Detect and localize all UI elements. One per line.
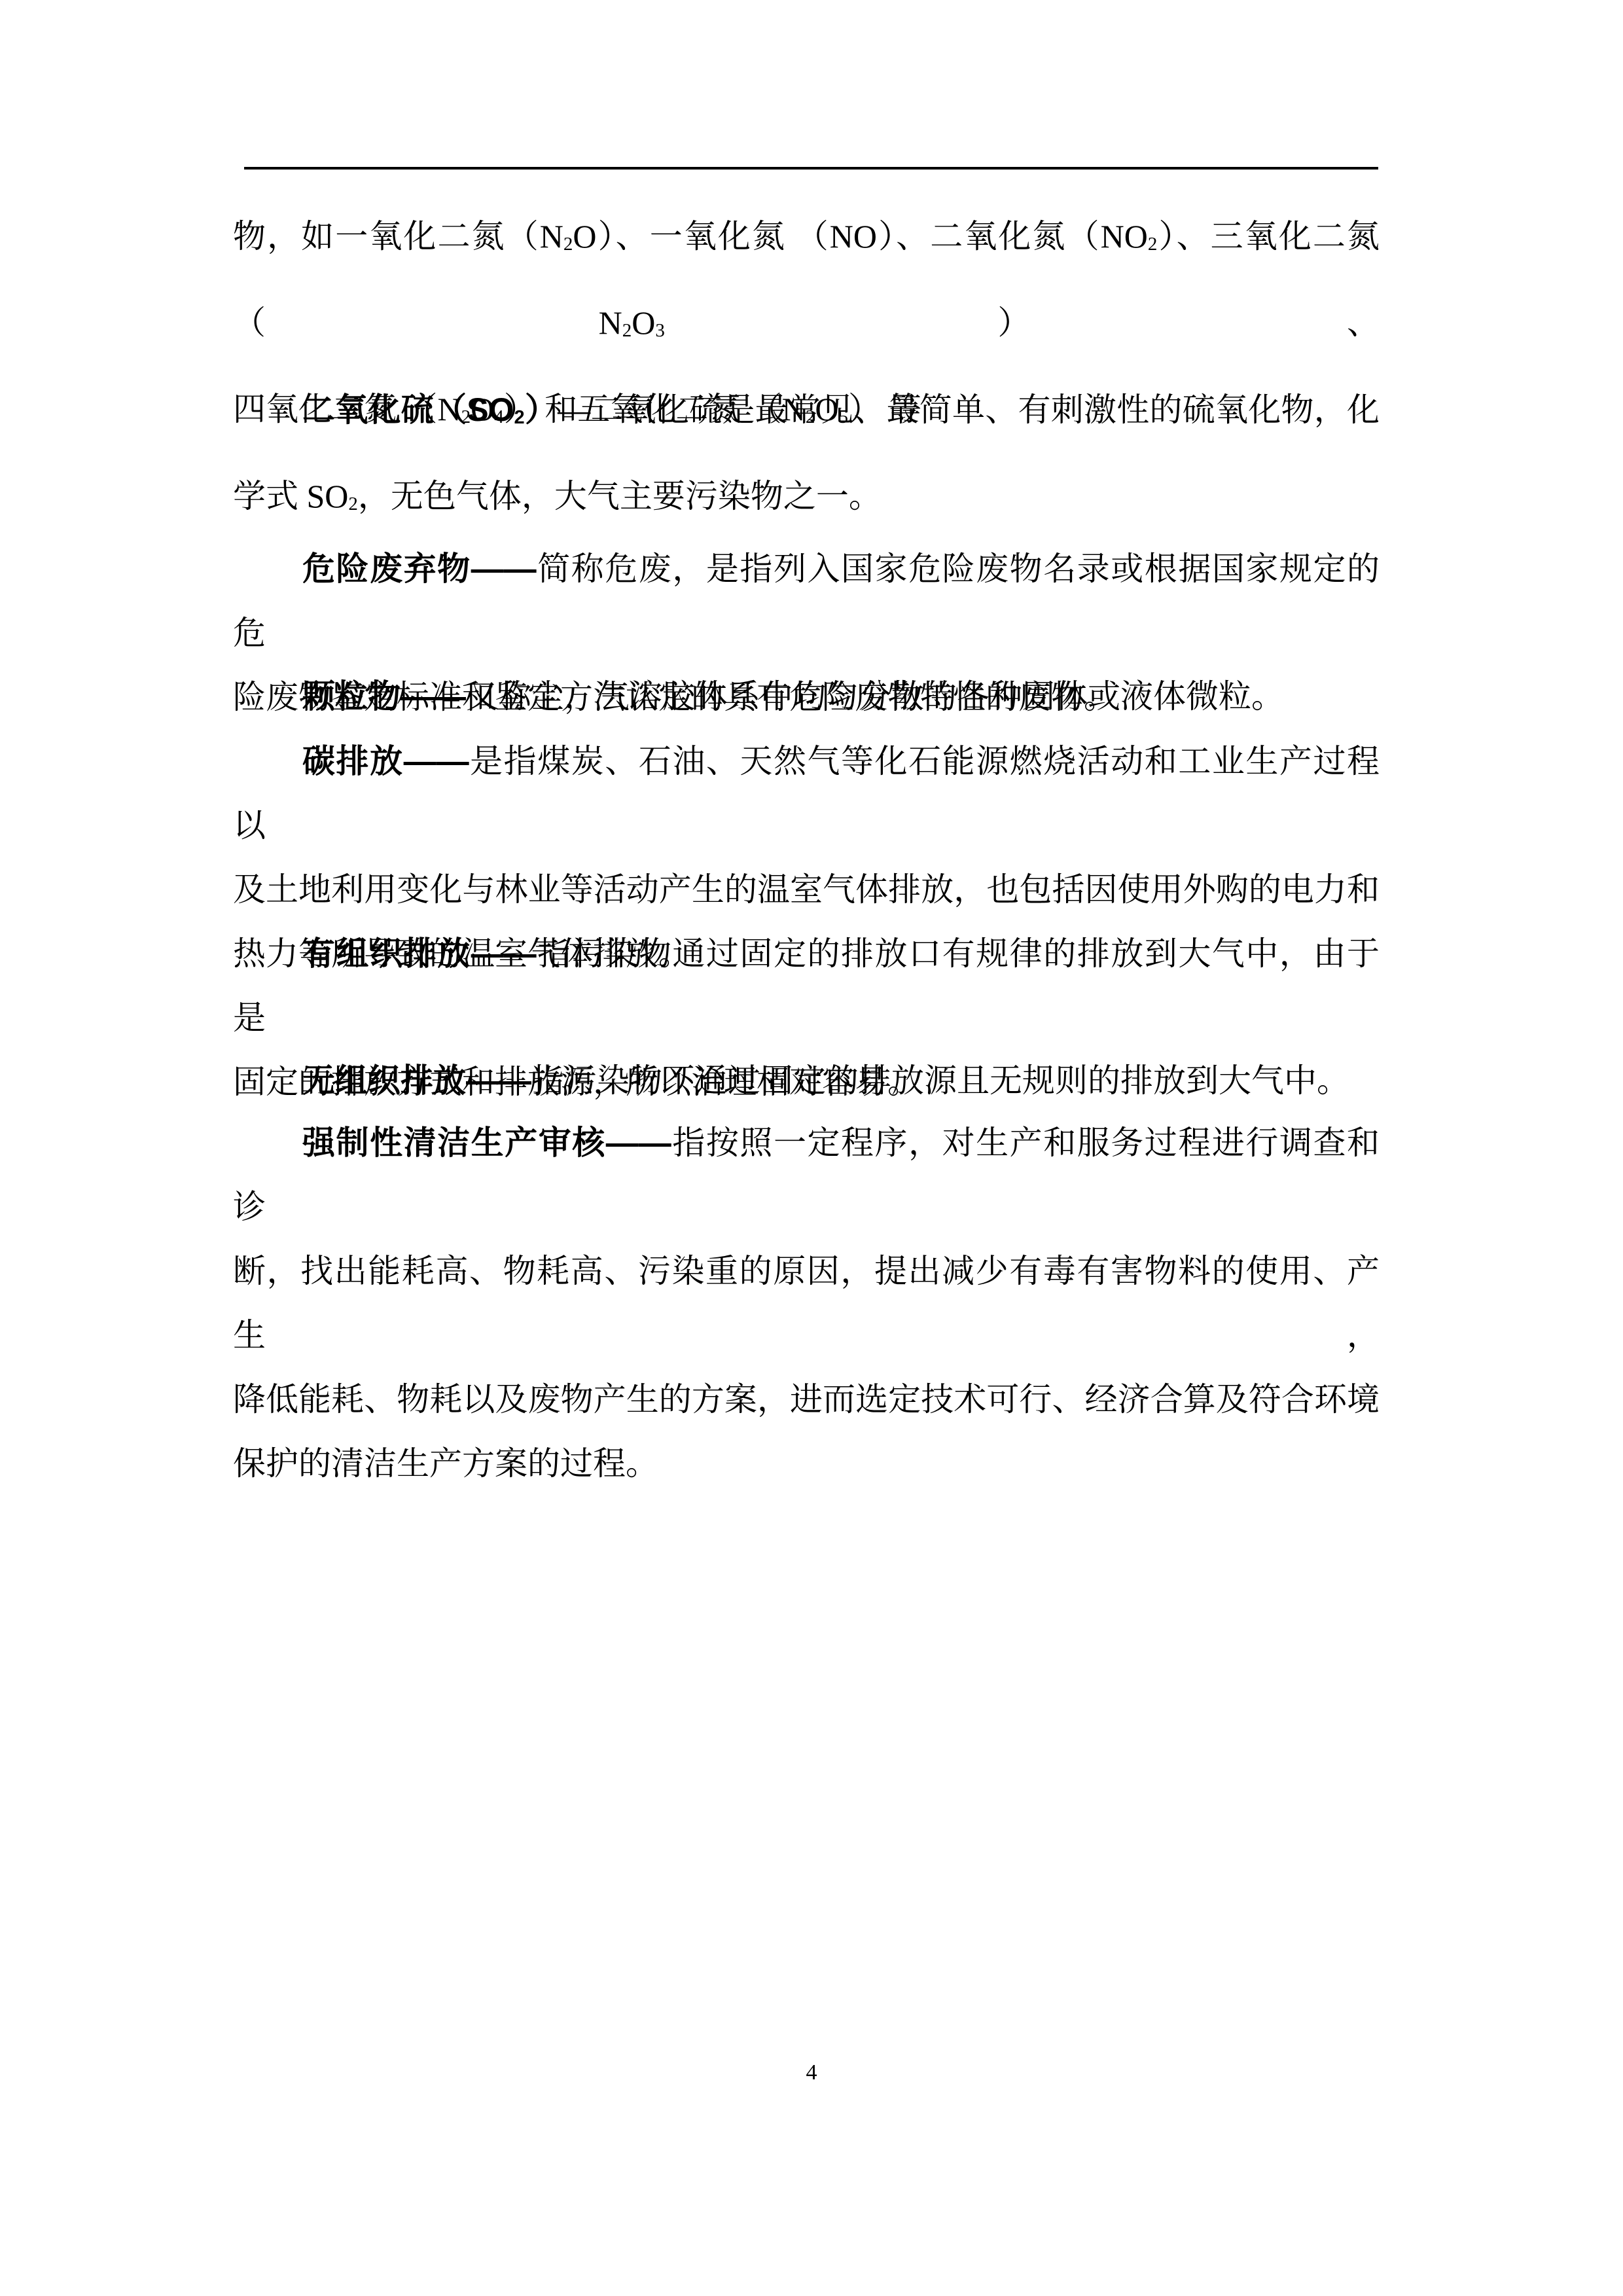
text-run: 2: [622, 320, 632, 341]
page-number: 4: [806, 2060, 817, 2085]
text-run: 2: [563, 234, 573, 255]
term-bold-run: 有组织排放——: [302, 935, 537, 972]
text-line: 无组织排放——指污染物不通过固定的排放源且无规则的排放到大气中。: [233, 1049, 1380, 1113]
text-run: 又称尘，气溶胶体系中均匀分散的各种固体或液体微粒。: [466, 678, 1284, 715]
text-run: 3: [655, 320, 665, 341]
page-footer: 4: [0, 2060, 1623, 2085]
text-line: 降低能耗、物耗以及废物产生的方案，进而选定技术可行、经济合算及符合环境: [233, 1367, 1380, 1431]
text-line: 二氧化硫（SO2）—二氧化硫是最常见、最简单、有刺激性的硫氧化物，化: [233, 367, 1380, 453]
para-unorganized-emission: 无组织排放——指污染物不通过固定的排放源且无规则的排放到大气中。: [233, 1049, 1380, 1113]
text-line: 学式 SO2，无色气体，大气主要污染物之一。: [233, 453, 1380, 539]
para-sulfur-dioxide: 二氧化硫（SO2）—二氧化硫是最常见、最简单、有刺激性的硫氧化物，化学式 SO2…: [233, 367, 1380, 539]
text-line: 碳排放——是指煤炭、石油、天然气等化石能源燃烧活动和工业生产过程以: [233, 729, 1380, 857]
text-line: 物，如一氧化二氮（N2O）、一氧化氮 （NO）、二氧化氮（NO2）、三氧化二氮（…: [233, 193, 1380, 366]
text-run: 断，找出能耗高、物耗高、污染重的原因，提出减少有毒有害物料的使用、产生，: [233, 1253, 1380, 1354]
text-run: 保护的清洁生产方案的过程。: [233, 1445, 658, 1482]
term-bold-run: 2: [514, 407, 524, 428]
text-line: 强制性清洁生产审核——指按照一定程序，对生产和服务过程进行调查和诊: [233, 1111, 1380, 1239]
term-bold-run: ）: [525, 391, 558, 428]
para-mandatory-cleaner-production-audit: 强制性清洁生产审核——指按照一定程序，对生产和服务过程进行调查和诊断，找出能耗高…: [233, 1111, 1380, 1496]
text-run: —二氧化硫是最常见、最简单、有刺激性的硫氧化物，化: [558, 391, 1380, 428]
text-line: 及土地利用变化与林业等活动产生的温室气体排放，也包括因使用外购的电力和: [233, 857, 1380, 922]
text-run: 物，如一氧化二氮（N: [233, 218, 563, 255]
term-bold-run: 碳排放——: [302, 743, 469, 780]
text-run: 指污染物不通过固定的排放源且无规则的排放到大气中。: [531, 1062, 1349, 1099]
term-bold-run: 强制性清洁生产审核——: [302, 1124, 671, 1161]
text-line: 颗粒物——又称尘，气溶胶体系中均匀分散的各种固体或液体微粒。: [233, 664, 1380, 728]
text-run: 2: [348, 493, 358, 514]
para-particulate-matter: 颗粒物——又称尘，气溶胶体系中均匀分散的各种固体或液体微粒。: [233, 664, 1380, 728]
text-run: ，无色气体，大气主要污染物之一。: [358, 478, 882, 514]
text-line: 有组织排放——指污染物通过固定的排放口有规律的排放到大气中，由于是: [233, 922, 1380, 1050]
text-line: 保护的清洁生产方案的过程。: [233, 1431, 1380, 1496]
term-bold-run: 无组织排放——: [302, 1062, 531, 1099]
term-bold-run: 危险废弃物——: [302, 550, 537, 587]
text-run: 降低能耗、物耗以及废物产生的方案，进而选定技术可行、经济合算及符合环境: [233, 1381, 1380, 1418]
text-line: 危险废弃物——简称危废，是指列入国家危险废物名录或根据国家规定的危: [233, 537, 1380, 665]
term-bold-run: 颗粒物——: [302, 678, 466, 715]
text-line: 断，找出能耗高、物耗高、污染重的原因，提出减少有毒有害物料的使用、产生，: [233, 1239, 1380, 1367]
text-run: 学式 SO: [233, 478, 348, 514]
term-bold-run: 二氧化硫（SO: [302, 391, 514, 428]
text-run: 2: [1148, 234, 1158, 255]
text-run: 及土地利用变化与林业等活动产生的温室气体排放，也包括因使用外购的电力和: [233, 871, 1380, 908]
text-run: ）、: [665, 304, 1380, 341]
text-run: O）、一氧化氮 （NO）、二氧化氮（NO: [573, 218, 1148, 255]
text-run: O: [632, 304, 655, 341]
header-rule: [244, 167, 1378, 170]
document-page: 物，如一氧化二氮（N2O）、一氧化氮 （NO）、二氧化氮（NO2）、三氧化二氮（…: [0, 0, 1623, 2296]
